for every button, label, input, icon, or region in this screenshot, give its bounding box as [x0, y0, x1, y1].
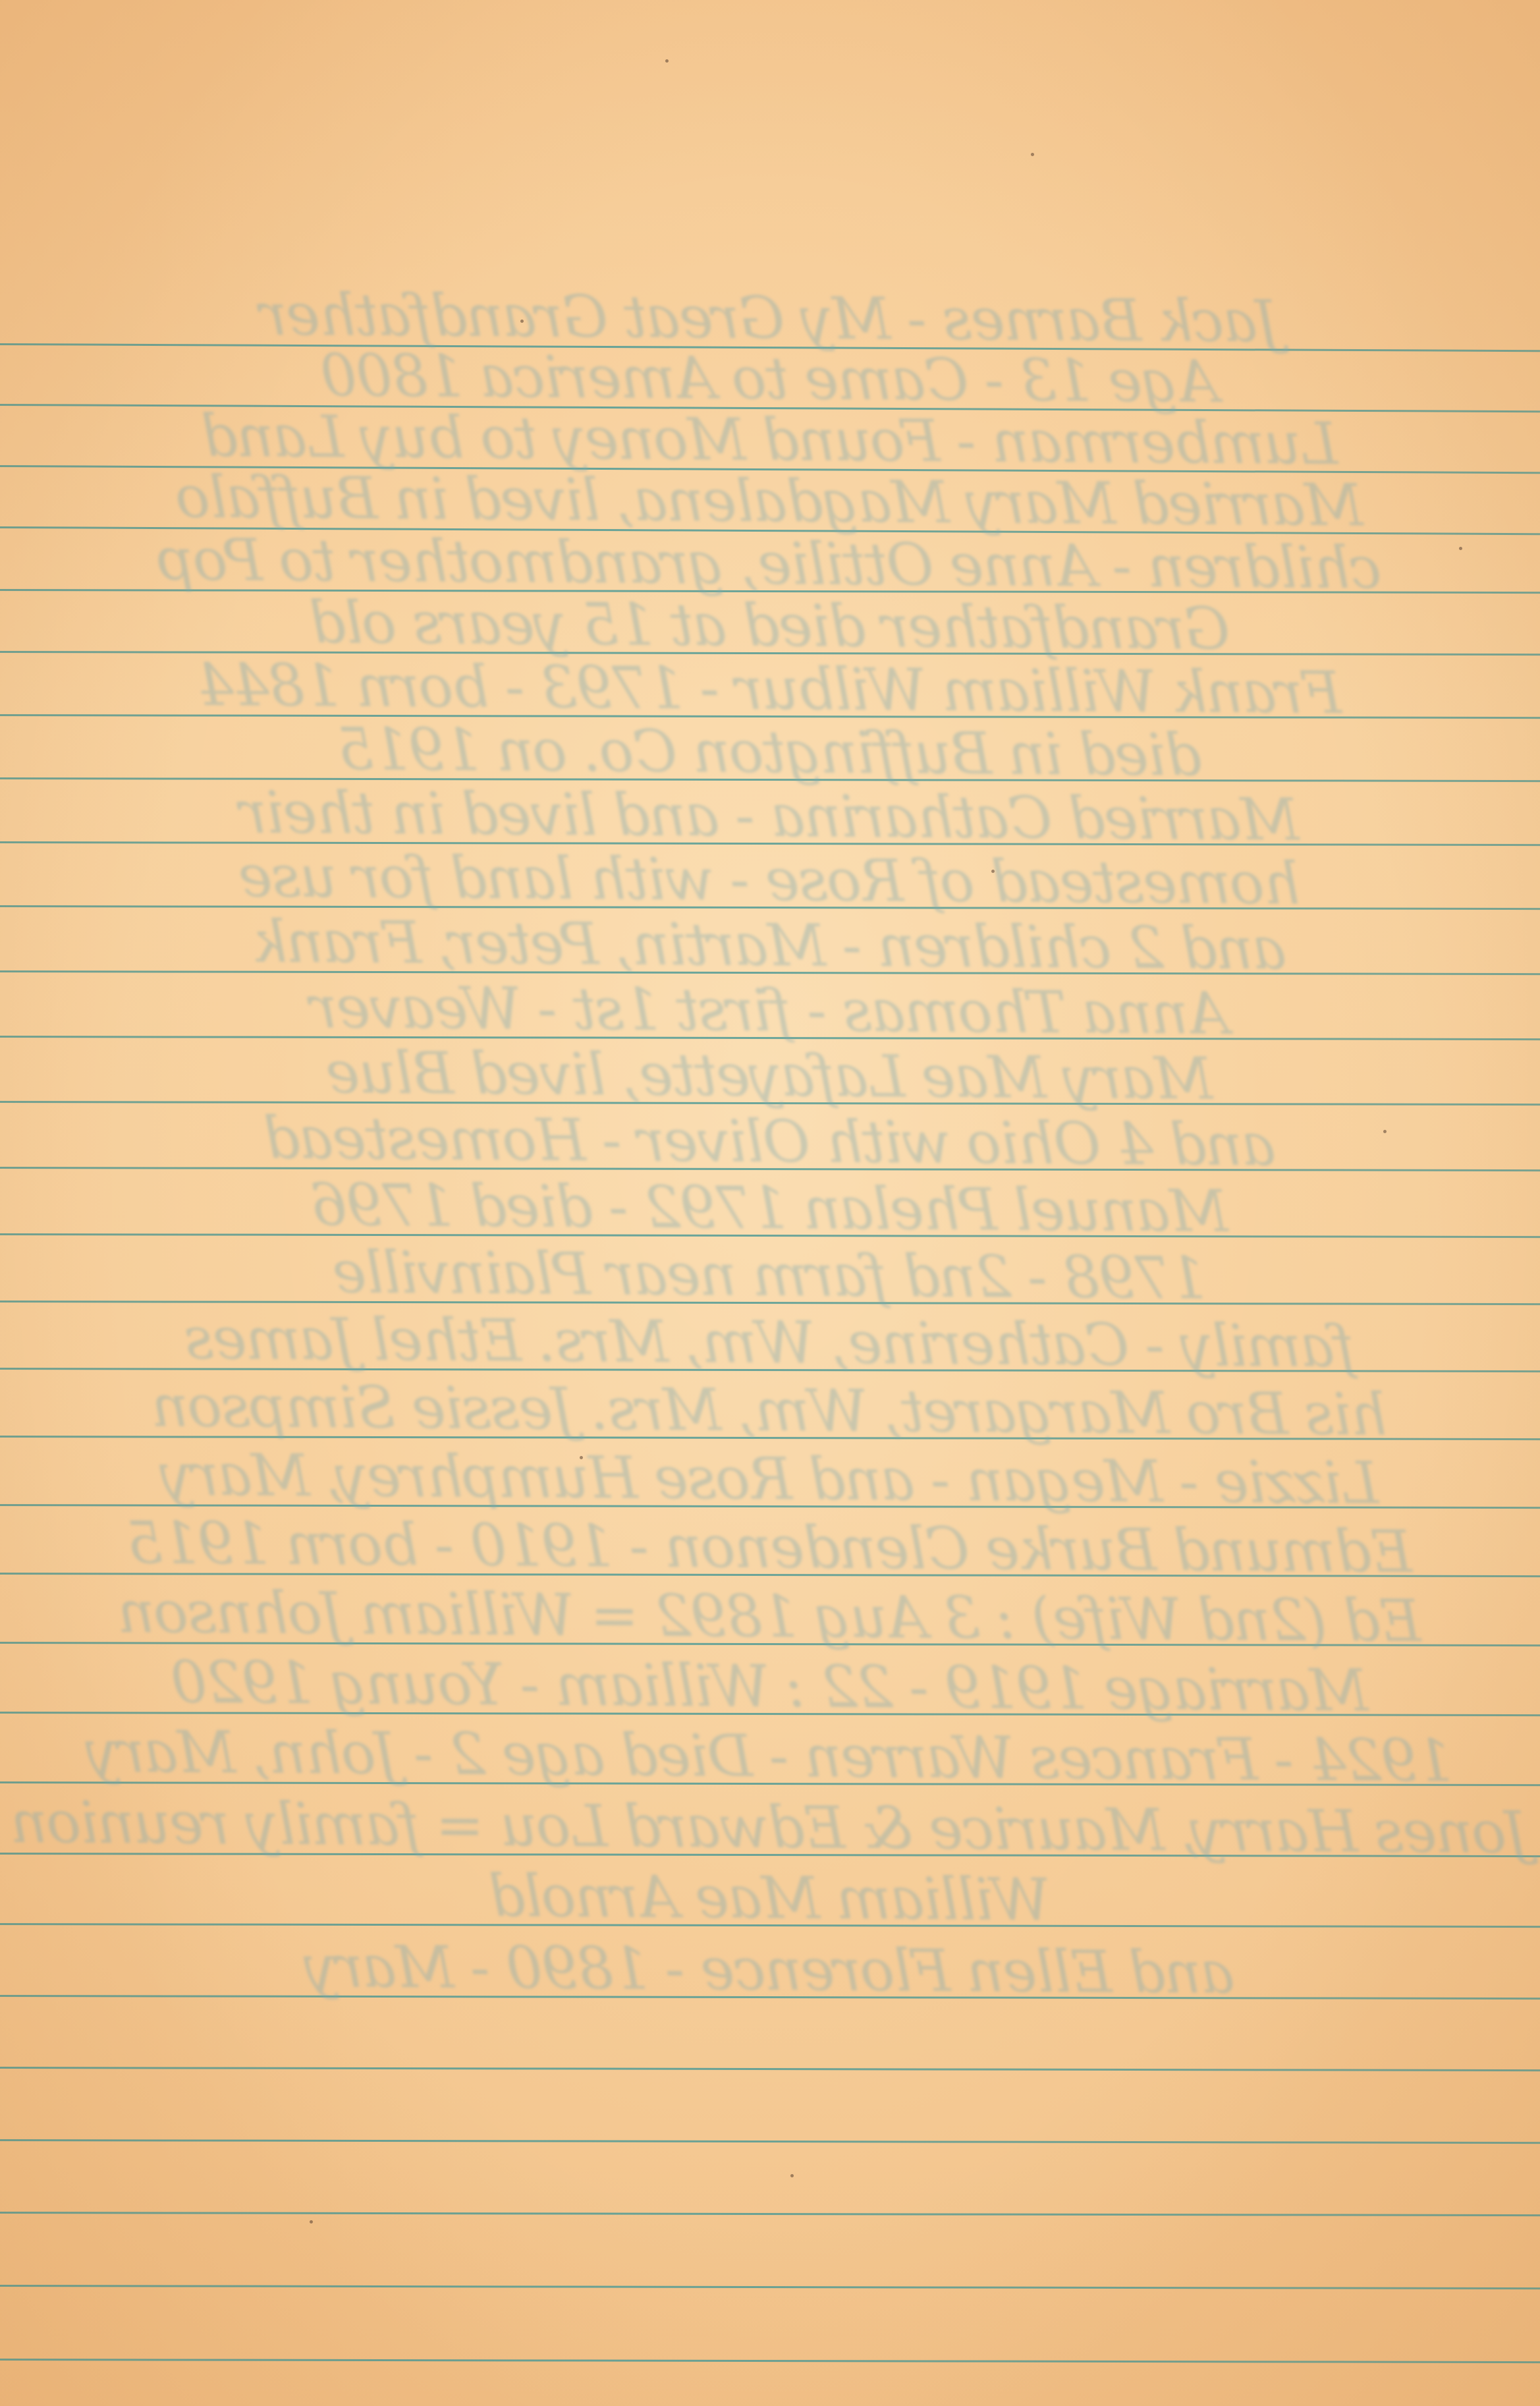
paper-speck: [790, 2174, 794, 2177]
paper-speck: [665, 59, 669, 63]
bleed-through-handwriting: homestead of Rose - with land for use: [0, 842, 1540, 918]
bleed-through-handwriting: and 4 Ohio with Oliver - Homestead: [0, 1104, 1540, 1180]
paper-speck: [580, 1456, 583, 1459]
bleed-through-handwriting: Lizzie - Megan - and Rose Humphrey, Mary: [0, 1441, 1540, 1517]
ruled-line: [0, 2212, 1540, 2216]
bleed-through-handwriting: Marriage 1919 - 22 : William - Young 192…: [0, 1648, 1540, 1725]
bleed-through-handwriting: 1798 - 2nd farm near Plainville: [0, 1237, 1540, 1314]
bleed-through-handwriting: family - Catherine, Wm, Mrs. Ethel James: [0, 1304, 1540, 1381]
paper-speck: [310, 2220, 313, 2224]
bleed-through-handwriting: Manuel Phelan 1792 - died 1796: [0, 1170, 1540, 1246]
bleed-through-handwriting: his Bro Margaret, Wm, Mrs. Jessie Simpso…: [0, 1372, 1540, 1449]
paper-speck: [1383, 1130, 1387, 1133]
ruled-line: [0, 2285, 1540, 2289]
ruled-line: [0, 2067, 1540, 2071]
notebook-page: Jack Barnes - My Great GrandfatherAge 13…: [0, 0, 1540, 2406]
paper-speck: [991, 870, 995, 873]
ruled-line: [0, 2359, 1540, 2363]
bleed-through-handwriting: and 2 children - Martin, Peter, Frank: [0, 907, 1540, 984]
paper-speck: [1459, 547, 1462, 550]
bleed-through-handwriting: and Ellen Florence - 1890 - Mary: [0, 1932, 1540, 2008]
ruled-line: [0, 2139, 1540, 2144]
bleed-through-handwriting: 1924 - Frances Warren - Died age 2 - Joh…: [0, 1718, 1540, 1795]
bleed-through-handwriting: Ed (2nd Wife) : 3 Aug 1892 = William Joh…: [0, 1579, 1540, 1655]
bleed-through-handwriting: Mary Mae Lafayette, lived Blue: [0, 1038, 1540, 1114]
bleed-through-handwriting: Edmund Burke Clendenon - 1910 - born 191…: [0, 1509, 1540, 1586]
bleed-through-handwriting: William Mae Arnold: [0, 1860, 1540, 1936]
paper-speck: [1031, 153, 1034, 156]
paper-speck: [520, 320, 524, 323]
bleed-through-handwriting: Jones Harry, Maurice & Edward Lou = fami…: [0, 1789, 1540, 1865]
bleed-through-handwriting: Anna Thomas - first 1st - Weaver: [0, 972, 1540, 1048]
